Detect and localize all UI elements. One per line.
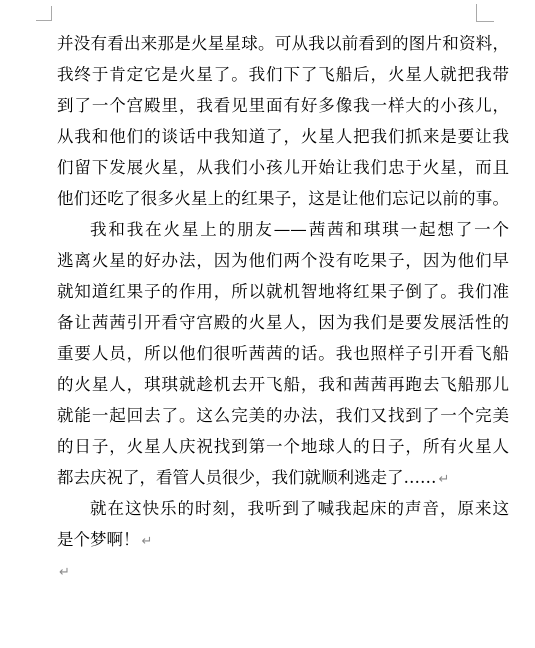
text-line: 的火星人，琪琪就趁机去开飞船，我和茜茜再跑去飞船那儿 xyxy=(57,369,509,400)
text-line-content: 就在这快乐的时刻，我听到了喊我起床的声音，原来这 xyxy=(90,499,509,518)
text-line-content: 我和我在火星上的朋友——茜茜和琪琪一起想了一个 xyxy=(90,220,509,239)
text-line: 们留下发展火星，从我们小孩儿开始让我们忠于火星，而且 xyxy=(57,152,509,183)
text-line-content: 的日子，火星人庆祝找到第一个地球人的日子，所有火星人 xyxy=(57,437,509,456)
text-line: 就在这快乐的时刻，我听到了喊我起床的声音，原来这 xyxy=(57,493,509,524)
text-line-content: 我终于肯定它是火星了。我们下了飞船后，火星人就把我带 xyxy=(57,65,509,84)
crop-mark-top-left xyxy=(36,6,52,21)
text-line-content: 逃离火星的好办法，因为他们两个没有吃果子，因为他们早 xyxy=(57,251,509,270)
text-line-content: 就知道红果子的作用，所以就机智地将红果子倒了。我们准 xyxy=(57,282,509,301)
crop-mark-top-right xyxy=(476,4,494,22)
text-line-content: 重要人员，所以他们很听茜茜的话。我也照样子引开看飞船 xyxy=(57,344,509,363)
text-block[interactable]: 并没有看出来那是火星星球。可从我以前看到的图片和资料，我终于肯定它是火星了。我们… xyxy=(57,28,509,586)
text-line: 备让茜茜引开看守宫殿的火星人，因为我们是要发展活性的 xyxy=(57,307,509,338)
text-line-content: 他们还吃了很多火星上的红果子，这是让他们忘记以前的事。 xyxy=(57,189,509,208)
text-line: 重要人员，所以他们很听茜茜的话。我也照样子引开看飞船 xyxy=(57,338,509,369)
text-line-content: 就能一起回去了。这么完美的办法，我们又找到了一个完美 xyxy=(57,406,509,425)
text-line-content: 从我和他们的谈话中我知道了，火星人把我们抓来是要让我 xyxy=(57,127,509,146)
text-line: 逃离火星的好办法，因为他们两个没有吃果子，因为他们早 xyxy=(57,245,509,276)
text-line: 都去庆祝了，看管人员很少，我们就顺利逃走了……↵ xyxy=(57,462,509,493)
text-line: 并没有看出来那是火星星球。可从我以前看到的图片和资料， xyxy=(57,28,509,59)
text-line: 我和我在火星上的朋友——茜茜和琪琪一起想了一个 xyxy=(57,214,509,245)
paragraph-mark-icon: ↵ xyxy=(439,472,450,487)
text-line-content: 备让茜茜引开看守宫殿的火星人，因为我们是要发展活性的 xyxy=(57,313,509,332)
text-line: 是个梦啊！↵ xyxy=(57,524,509,555)
document-canvas: { "colors": { "page_background": "#fffff… xyxy=(0,0,535,648)
text-line-content: 到了一个宫殿里，我看见里面有好多像我一样大的小孩儿， xyxy=(57,96,509,115)
text-line: 的日子，火星人庆祝找到第一个地球人的日子，所有火星人 xyxy=(57,431,509,462)
text-line: 就能一起回去了。这么完美的办法，我们又找到了一个完美 xyxy=(57,400,509,431)
text-line: 我终于肯定它是火星了。我们下了飞船后，火星人就把我带 xyxy=(57,59,509,90)
text-line: 到了一个宫殿里，我看见里面有好多像我一样大的小孩儿， xyxy=(57,90,509,121)
text-line-content: 的火星人，琪琪就趁机去开飞船，我和茜茜再跑去飞船那儿 xyxy=(57,375,509,394)
text-line-content: 都去庆祝了，看管人员很少，我们就顺利逃走了…… xyxy=(57,468,437,487)
text-line: 从我和他们的谈话中我知道了，火星人把我们抓来是要让我 xyxy=(57,121,509,152)
text-line: ↵ xyxy=(57,555,509,586)
text-line-content: 们留下发展火星，从我们小孩儿开始让我们忠于火星，而且 xyxy=(57,158,509,177)
paragraph-mark-icon: ↵ xyxy=(59,565,70,580)
text-line: 就知道红果子的作用，所以就机智地将红果子倒了。我们准 xyxy=(57,276,509,307)
document-page: 并没有看出来那是火星星球。可从我以前看到的图片和资料，我终于肯定它是火星了。我们… xyxy=(0,0,535,648)
text-line-content: 并没有看出来那是火星星球。可从我以前看到的图片和资料， xyxy=(57,34,509,53)
paragraph-mark-icon: ↵ xyxy=(142,534,153,549)
text-line: 他们还吃了很多火星上的红果子，这是让他们忘记以前的事。↵ xyxy=(57,183,509,214)
text-line-content: 是个梦啊！ xyxy=(57,530,140,549)
